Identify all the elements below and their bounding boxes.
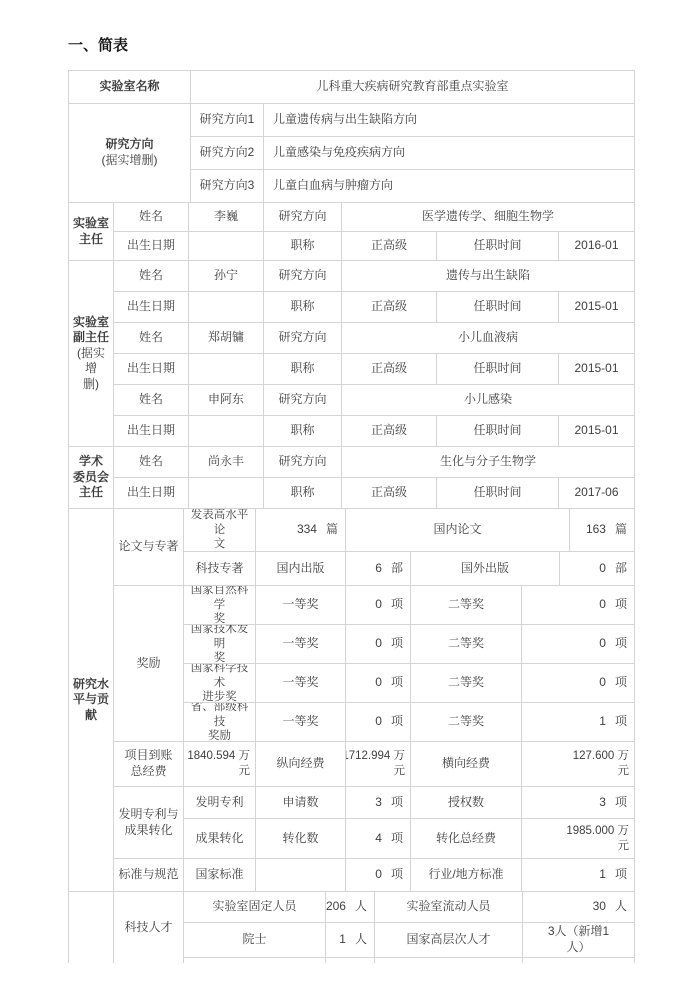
deputy-job-title: 正高级 <box>342 354 437 385</box>
tenure-label: 任职时间 <box>437 354 559 385</box>
industry-standard-count: 1项 <box>522 859 635 892</box>
first-prize-count: 0项 <box>346 703 411 742</box>
deputy-name: 郑胡镛 <box>189 323 264 354</box>
title-label: 职称 <box>264 232 342 261</box>
transfer-label: 成果转化 <box>184 819 256 859</box>
direction-row: 研究方向3 儿童白血病与肿瘤方向 <box>191 170 635 203</box>
committee-name-row: 姓名 尚永丰 研究方向 生化与分子生物学 <box>114 447 635 478</box>
monographs-domestic-label: 国内出版 <box>256 552 346 586</box>
vertical-funding-label: 纵向经费 <box>256 742 346 787</box>
lab-name-value: 儿科重大疾病研究教育部重点实验室 <box>191 71 635 104</box>
direction-1-value: 儿童遗传病与出生缺陷方向 <box>264 104 635 137</box>
deputy-name-row: 姓名 郑胡镛 研究方向 小儿血液病 <box>114 323 635 354</box>
direction-label: 研究方向 <box>264 385 342 416</box>
name-label: 姓名 <box>114 261 189 292</box>
talent-row: 实验室固定人员 206人 实验室流动人员 30人 <box>184 892 635 923</box>
tenure-label: 任职时间 <box>437 416 559 447</box>
transfer-count: 4项 <box>346 819 411 859</box>
direction-2-label: 研究方向2 <box>191 137 264 170</box>
second-prize-label: 二等奖 <box>411 586 522 625</box>
horizontal-funding-label: 横向经费 <box>411 742 522 787</box>
birth-label: 出生日期 <box>114 478 189 509</box>
first-prize-label: 一等奖 <box>256 664 346 703</box>
tenure-label: 任职时间 <box>437 232 559 261</box>
first-prize-label: 一等奖 <box>256 625 346 664</box>
award-row: 国家技术发明 奖 一等奖 0项 二等奖 0项 <box>184 625 635 664</box>
second-prize-count: 0项 <box>522 625 635 664</box>
deputy-birth <box>189 292 264 323</box>
academician-label: 院士 <box>184 923 326 958</box>
director-birth <box>189 232 264 261</box>
deputy-name-row: 姓名 申阿东 研究方向 小儿感染 <box>114 385 635 416</box>
funding-label: 项目到账 总经费 <box>114 742 184 787</box>
domestic-papers-count: 163篇 <box>570 509 635 552</box>
patents-group-label: 发明专利与成果转化 <box>114 787 184 859</box>
award-name: 国家自然科学 奖 <box>184 586 256 625</box>
empty-cell <box>523 958 635 963</box>
tenure-label: 任职时间 <box>437 292 559 323</box>
high-level-papers-count: 334篇 <box>256 509 346 552</box>
monographs-foreign-count: 0部 <box>560 552 635 586</box>
papers-row: 发表高水平论 文 334篇 国内论文 163篇 <box>184 509 635 552</box>
monographs-label: 科技专著 <box>184 552 256 586</box>
mobile-staff-count: 30人 <box>523 892 635 923</box>
funding-total: 1840.594 万 元 <box>184 742 256 787</box>
transfer-count-label: 转化数 <box>256 819 346 859</box>
summary-table: 实验室名称 儿科重大疾病研究教育部重点实验室 研究方向 (据实增删) 研究方向1… <box>68 70 635 963</box>
direction-3-label: 研究方向3 <box>191 170 264 203</box>
name-label: 姓名 <box>114 203 189 232</box>
second-prize-label: 二等奖 <box>411 664 522 703</box>
section-talent: 科技人才 实验室固定人员 206人 实验室流动人员 30人 院士 1人 国家高层… <box>69 892 635 963</box>
title-label: 职称 <box>264 478 342 509</box>
second-prize-count: 0项 <box>522 664 635 703</box>
award-row: 国家自然科学 奖 一等奖 0项 二等奖 0项 <box>184 586 635 625</box>
committee-name: 尚永丰 <box>189 447 264 478</box>
patent-applied-count: 3项 <box>346 787 411 819</box>
award-name: 国家科学技术 进步奖 <box>184 664 256 703</box>
direction-label: 研究方向 <box>264 203 342 232</box>
director-group-label: 实验室 主任 <box>69 203 114 261</box>
committee-job-title: 正高级 <box>342 478 437 509</box>
patent-granted-count: 3项 <box>522 787 635 819</box>
deputy-birth <box>189 354 264 385</box>
deputy-birth-row: 出生日期 职称 正高级 任职时间 2015-01 <box>114 416 635 447</box>
patent-label: 发明专利 <box>184 787 256 819</box>
first-prize-count: 0项 <box>346 664 411 703</box>
birth-label: 出生日期 <box>114 416 189 447</box>
funding-row: 项目到账 总经费 1840.594 万 元 纵向经费 1712.994 万 元 … <box>114 742 635 787</box>
deputy-name: 申阿东 <box>189 385 264 416</box>
director-tenure: 2016-01 <box>559 232 635 261</box>
transfer-fund-value: 1985.000 万 元 <box>522 819 635 859</box>
tenure-label: 任职时间 <box>437 478 559 509</box>
patent-row: 发明专利 申请数 3项 授权数 3项 <box>184 787 635 819</box>
award-name: 国家技术发明 奖 <box>184 625 256 664</box>
monographs-row: 科技专著 国内出版 6部 国外出版 0部 <box>184 552 635 586</box>
deputy-name: 孙宁 <box>189 261 264 292</box>
transfer-row: 成果转化 转化数 4项 转化总经费 1985.000 万 元 <box>184 819 635 859</box>
patent-granted-label: 授权数 <box>411 787 522 819</box>
section-lab-name: 实验室名称 儿科重大疾病研究教育部重点实验室 <box>69 71 635 104</box>
committee-birth-row: 出生日期 职称 正高级 任职时间 2017-06 <box>114 478 635 509</box>
deputy-birth-row: 出生日期 职称 正高级 任职时间 2015-01 <box>114 292 635 323</box>
birth-label: 出生日期 <box>114 292 189 323</box>
section-research-directions: 研究方向 (据实增删) 研究方向1 儿童遗传病与出生缺陷方向 研究方向2 儿童感… <box>69 104 635 203</box>
direction-2-value: 儿童感染与免疫疾病方向 <box>264 137 635 170</box>
transfer-fund-label: 转化总经费 <box>411 819 522 859</box>
committee-direction: 生化与分子生物学 <box>342 447 635 478</box>
horizontal-funding-value: 127.600 万 元 <box>522 742 635 787</box>
high-level-talent-label: 国家高层次人才 <box>375 923 523 958</box>
title-label: 职称 <box>264 292 342 323</box>
national-standard-label: 国家标准 <box>184 859 256 892</box>
title-label: 职称 <box>264 354 342 385</box>
deputy-birth-row: 出生日期 职称 正高级 任职时间 2015-01 <box>114 354 635 385</box>
second-prize-count: 1项 <box>522 703 635 742</box>
section-deputies: 实验室 副主任 (据实增 删) 姓名 孙宁 研究方向 遗传与出生缺陷 出生日期 … <box>69 261 635 447</box>
empty-cell <box>184 958 326 963</box>
fixed-staff-label: 实验室固定人员 <box>184 892 326 923</box>
research-directions-group-label: 研究方向 (据实增删) <box>69 104 191 203</box>
empty-cell <box>326 958 375 963</box>
page-title: 一、简表 <box>68 34 128 55</box>
direction-label: 研究方向 <box>264 447 342 478</box>
deputy-direction: 小儿血液病 <box>342 323 635 354</box>
subsection-awards: 奖励 国家自然科学 奖 一等奖 0项 二等奖 0项 国家技术发明 奖 一等奖 0… <box>114 586 635 742</box>
deputy-direction: 小儿感染 <box>342 385 635 416</box>
deputy-job-title: 正高级 <box>342 416 437 447</box>
standards-label: 标准与规范 <box>114 859 184 892</box>
director-birth-row: 出生日期 职称 正高级 任职时间 2016-01 <box>114 232 635 261</box>
academician-count: 1人 <box>326 923 375 958</box>
director-direction: 医学遗传学、细胞生物学 <box>342 203 635 232</box>
fixed-staff-count: 206人 <box>326 892 375 923</box>
title-label: 职称 <box>264 416 342 447</box>
deputy-tenure: 2015-01 <box>559 416 635 447</box>
direction-row: 研究方向2 儿童感染与免疫疾病方向 <box>191 137 635 170</box>
deputy-tenure: 2015-01 <box>559 292 635 323</box>
first-prize-label: 一等奖 <box>256 703 346 742</box>
deputy-tenure: 2015-01 <box>559 354 635 385</box>
first-prize-count: 0项 <box>346 586 411 625</box>
industry-standard-label: 行业/地方标准 <box>411 859 522 892</box>
domestic-papers-label: 国内论文 <box>346 509 570 552</box>
name-label: 姓名 <box>114 447 189 478</box>
standards-row: 标准与规范 国家标准 0项 行业/地方标准 1项 <box>114 859 635 892</box>
second-prize-count: 0项 <box>522 586 635 625</box>
monographs-foreign-label: 国外出版 <box>411 552 560 586</box>
deputy-direction: 遗传与出生缺陷 <box>342 261 635 292</box>
director-name: 李巍 <box>189 203 264 232</box>
lab-name-label: 实验室名称 <box>69 71 191 104</box>
direction-1-label: 研究方向1 <box>191 104 264 137</box>
talent-group-label: 科技人才 <box>114 892 184 963</box>
mobile-staff-label: 实验室流动人员 <box>375 892 523 923</box>
talent-row: 院士 1人 国家高层次人才 3人（新增1 人） <box>184 923 635 958</box>
clipped-row <box>184 958 635 963</box>
committee-group-label: 学术 委员会 主任 <box>69 447 114 509</box>
committee-tenure: 2017-06 <box>559 478 635 509</box>
research-output-group-label: 研究水 平与贡 献 <box>69 509 114 892</box>
section-research-output: 研究水 平与贡 献 论文与专著 发表高水平论 文 334篇 国内论文 163篇 … <box>69 509 635 892</box>
director-job-title: 正高级 <box>342 232 437 261</box>
committee-birth <box>189 478 264 509</box>
talent-parent-group-cell <box>69 892 114 963</box>
award-name: 省、部级科技 奖励 <box>184 703 256 742</box>
direction-3-value: 儿童白血病与肿瘤方向 <box>264 170 635 203</box>
name-label: 姓名 <box>114 323 189 354</box>
first-prize-label: 一等奖 <box>256 586 346 625</box>
award-row: 国家科学技术 进步奖 一等奖 0项 二等奖 0项 <box>184 664 635 703</box>
direction-label: 研究方向 <box>264 323 342 354</box>
patent-applied-label: 申请数 <box>256 787 346 819</box>
second-prize-label: 二等奖 <box>411 625 522 664</box>
direction-row: 研究方向1 儿童遗传病与出生缺陷方向 <box>191 104 635 137</box>
deputy-birth <box>189 416 264 447</box>
subsection-patents: 发明专利与成果转化 发明专利 申请数 3项 授权数 3项 成果转化 转化数 4项… <box>114 787 635 859</box>
first-prize-count: 0项 <box>346 625 411 664</box>
subsection-papers: 论文与专著 发表高水平论 文 334篇 国内论文 163篇 科技专著 国内出版 … <box>114 509 635 586</box>
name-label: 姓名 <box>114 385 189 416</box>
direction-label: 研究方向 <box>264 261 342 292</box>
national-standard-count: 0项 <box>346 859 411 892</box>
section-committee-chair: 学术 委员会 主任 姓名 尚永丰 研究方向 生化与分子生物学 出生日期 职称 正… <box>69 447 635 509</box>
deputies-group-label: 实验室 副主任 (据实增 删) <box>69 261 114 447</box>
papers-group-label: 论文与专著 <box>114 509 184 586</box>
monographs-domestic-count: 6部 <box>346 552 411 586</box>
second-prize-label: 二等奖 <box>411 703 522 742</box>
birth-label: 出生日期 <box>114 232 189 261</box>
deputy-job-title: 正高级 <box>342 292 437 323</box>
birth-label: 出生日期 <box>114 354 189 385</box>
empty-cell <box>375 958 523 963</box>
high-level-talent-count: 3人（新增1 人） <box>523 923 635 958</box>
deputy-name-row: 姓名 孙宁 研究方向 遗传与出生缺陷 <box>114 261 635 292</box>
vertical-funding-value: 1712.994 万 元 <box>346 742 411 787</box>
empty-cell <box>256 859 346 892</box>
award-row: 省、部级科技 奖励 一等奖 0项 二等奖 1项 <box>184 703 635 742</box>
awards-group-label: 奖励 <box>114 586 184 742</box>
section-director: 实验室 主任 姓名 李巍 研究方向 医学遗传学、细胞生物学 出生日期 职称 正高… <box>69 203 635 261</box>
high-level-papers-label: 发表高水平论 文 <box>184 509 256 552</box>
director-name-row: 姓名 李巍 研究方向 医学遗传学、细胞生物学 <box>114 203 635 232</box>
